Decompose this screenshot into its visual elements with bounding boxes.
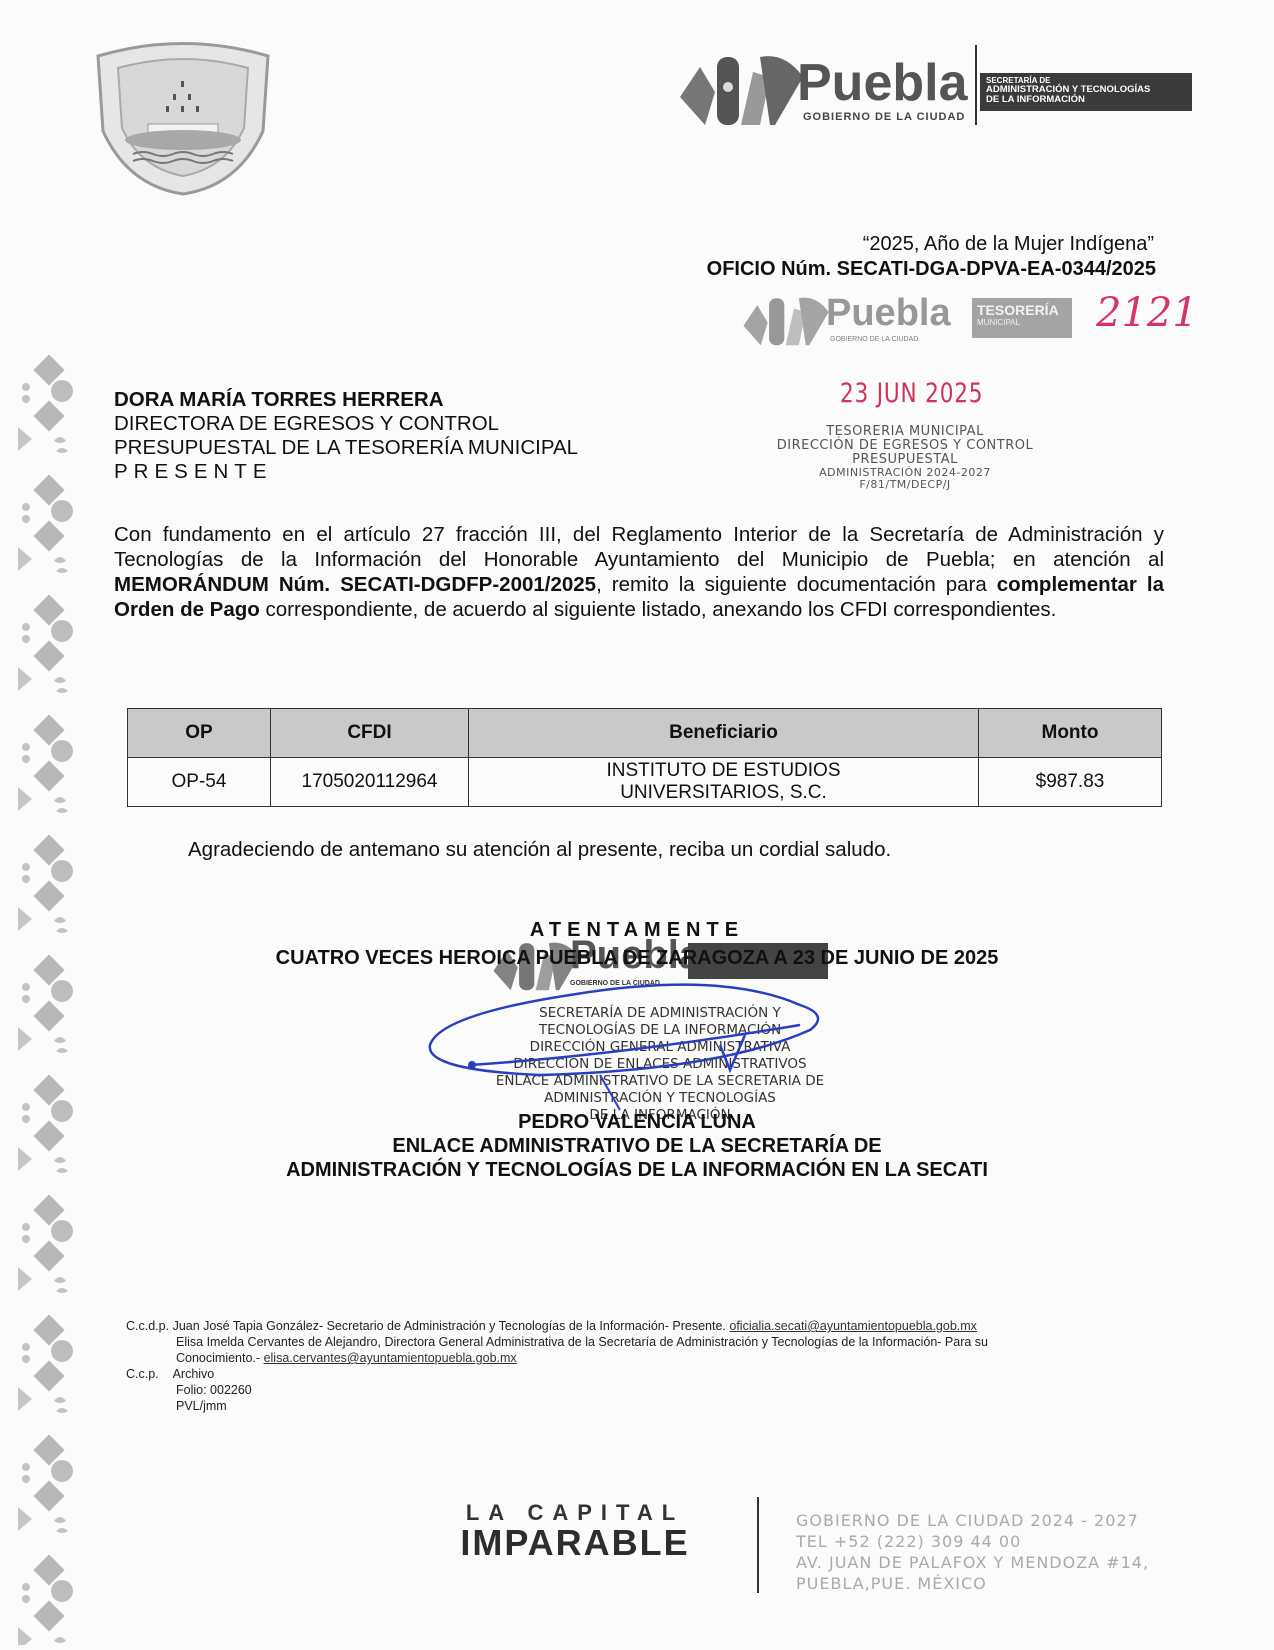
signer-title: ADMINISTRACIÓN Y TECNOLOGÍAS DE LA INFOR… <box>0 1158 1274 1182</box>
logo-word: Puebla <box>797 53 968 113</box>
presente-label: PRESENTE <box>114 460 578 484</box>
header-logo: Puebla GOBIERNO DE LA CIUDAD SECRETARÍA … <box>675 45 1225 135</box>
brand-line-2: IMPARABLE <box>410 1522 740 1564</box>
footer-brand: LA CAPITAL IMPARABLE <box>410 1500 740 1564</box>
footer-divider <box>757 1497 759 1593</box>
column-header-op: OP <box>128 709 271 758</box>
email-link[interactable]: elisa.cervantes@ayuntamientopuebla.gob.m… <box>264 1351 517 1365</box>
department-badge: SECRETARÍA DE ADMINISTRACIÓN Y TECNOLOGÍ… <box>980 73 1192 111</box>
payment-order-table: OP CFDI Beneficiario Monto OP-54 1705020… <box>127 708 1162 807</box>
closing-thanks: Agradeciendo de antemano su atención al … <box>188 838 891 862</box>
recipient-title: DIRECTORA DE EGRESOS Y CONTROL <box>114 412 578 436</box>
email-link[interactable]: oficialia.secati@ayuntamientopuebla.gob.… <box>729 1319 977 1333</box>
year-motto: “2025, Año de la Mujer Indígena” <box>863 233 1154 256</box>
recipient-title: PRESUPUESTAL DE LA TESORERÍA MUNICIPAL <box>114 436 578 460</box>
footer-contact: GOBIERNO DE LA CIUDAD 2024 - 2027 TEL +5… <box>796 1510 1149 1594</box>
logo-subtitle: GOBIERNO DE LA CIUDAD <box>803 111 965 123</box>
table-header-row: OP CFDI Beneficiario Monto <box>128 709 1162 758</box>
handwritten-folio: 2121 <box>1096 290 1198 336</box>
cell-monto: $987.83 <box>979 758 1162 807</box>
signer-name: PEDRO VALENCIA LUNA <box>0 1110 1274 1134</box>
memo-reference: MEMORÁNDUM Núm. SECATI-DGDFP-2001/2025 <box>114 573 596 596</box>
puebla-emblem-icon <box>675 47 805 127</box>
received-date-stamp: 23 JUN 2025 <box>840 378 983 409</box>
cell-cfdi: 1705020112964 <box>271 758 469 807</box>
decorative-border <box>18 355 76 1645</box>
recipient-block: DORA MARÍA TORRES HERRERA DIRECTORA DE E… <box>114 388 578 484</box>
body-paragraph: Con fundamento en el artículo 27 fracció… <box>114 522 1164 622</box>
place-and-date: CUATRO VECES HEROICA PUEBLA DE ZARAGOZA … <box>0 947 1274 970</box>
column-header-cfdi: CFDI <box>271 709 469 758</box>
copies-block: C.c.d.p. Juan José Tapia González- Secre… <box>126 1318 988 1414</box>
recipient-name: DORA MARÍA TORRES HERRERA <box>114 388 578 412</box>
city-crest-logo <box>88 36 278 196</box>
cell-beneficiario: INSTITUTO DE ESTUDIOS UNIVERSITARIOS, S.… <box>469 758 979 807</box>
oficio-number: OFICIO Núm. SECATI-DGA-DPVA-EA-0344/2025 <box>707 258 1156 281</box>
cell-op: OP-54 <box>128 758 271 807</box>
table-row: OP-54 1705020112964 INSTITUTO DE ESTUDIO… <box>128 758 1162 807</box>
signer-block: PEDRO VALENCIA LUNA ENLACE ADMINISTRATIV… <box>0 1110 1274 1182</box>
logo-divider <box>975 45 977 125</box>
column-header-monto: Monto <box>979 709 1162 758</box>
column-header-beneficiario: Beneficiario <box>469 709 979 758</box>
reception-stamp-text: TESORERIA MUNICIPAL DIRECCIÓN DE EGRESOS… <box>760 425 1050 491</box>
tesoreria-stamp-logo: Puebla GOBIERNO DE LA CIUDAD TESORERÍA M… <box>740 290 1080 352</box>
puebla-emblem-icon <box>740 290 830 348</box>
signer-title: ENLACE ADMINISTRATIVO DE LA SECRETARÍA D… <box>0 1134 1274 1158</box>
handwritten-signature <box>420 975 840 1115</box>
